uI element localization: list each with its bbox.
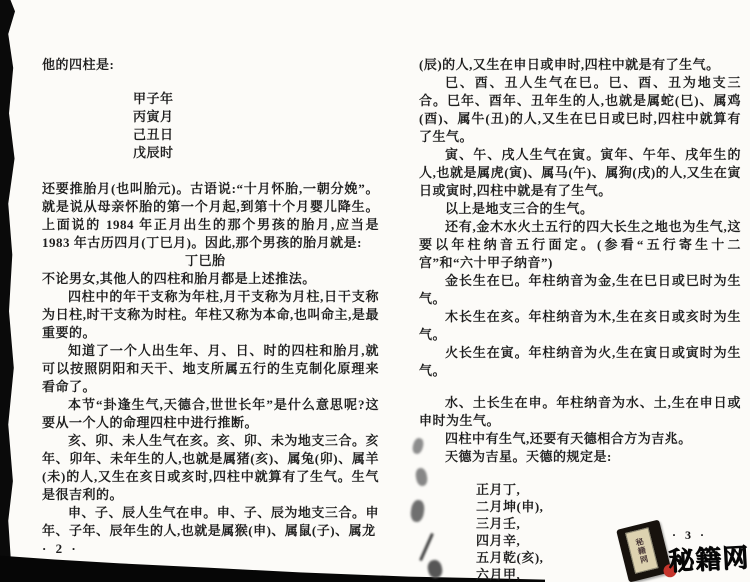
scan-edge-left (0, 0, 15, 566)
line-fire: 火长生在寅。年柱纳音为火,生在寅日或寅时为生气。 (419, 344, 741, 380)
paragraph-section: 本节“卦逢生气,天德合,世世长年”是什么意思呢?这要从一个人的命理四柱中进行推断… (42, 396, 379, 432)
watermark: 秘籍网 · 3 · 秘籍网 (618, 518, 750, 582)
paragraph-pillar-names: 四柱中的年干支称为年柱,月干支称为月柱,日干支称为日柱,时干支称为时柱。年柱又称… (42, 288, 379, 342)
right-page: (辰)的人,又生在申日或申时,四柱中就是有了生气。 巳、酉、丑人生气在巳。巳、酉… (419, 56, 741, 582)
paragraph-chen-continued: (辰)的人,又生在申日或申时,四柱中就是有了生气。 (419, 56, 741, 74)
pillar-line: 甲子年 (133, 90, 379, 108)
watermark-site-name: 秘籍网 (667, 537, 750, 578)
paragraph-taiyue: 还要推胎月(也叫胎元)。古语说:“十月怀胎,一朝分娩”。就是说从母亲怀胎的第一个… (42, 180, 379, 252)
page-number-left: · 2 · (42, 540, 379, 558)
line-metal: 金长生在巳。年柱纳音为金,生在巳日或巳时为生气。 (419, 272, 741, 308)
paragraph-yin-trine: 寅、午、戌人生气在寅。寅年、午年、戌年生的人,也就是属虎(寅)、属马(午)、属狗… (419, 146, 741, 200)
four-pillars-block: 甲子年 丙寅月 己丑日 戊辰时 (133, 90, 379, 162)
month-line: 正月丁, (476, 481, 741, 498)
line-wood: 木长生在亥。年柱纳音为木,生在亥日或亥时为生气。 (419, 308, 741, 344)
book-cover-label: 秘籍网 (625, 527, 658, 574)
pillar-line: 戊辰时 (133, 144, 379, 162)
paragraph-jizhao: 四柱中有生气,还要有天德相合方为吉兆。 (419, 430, 741, 448)
paragraph-water-earth: 水、土长生在申。年柱纳音为水、土,生在申日或申时为生气。 (419, 394, 741, 430)
paragraph-tiande: 天德为吉星。天德的规定是: (419, 448, 741, 466)
pillar-line: 己丑日 (133, 126, 379, 144)
paragraph-above-summary: 以上是地支三合的生气。 (419, 200, 741, 218)
paragraph-si-trine: 巳、酉、丑人生气在巳。巳、酉、丑为地支三合。巳年、酉年、丑年生的人,也就是属蛇(… (419, 74, 741, 146)
opening-line: 他的四柱是: (42, 56, 379, 74)
tai-label: 丁巳胎 (185, 252, 379, 270)
paragraph-shen-trine: 申、子、辰人生气在申。申、子、辰为地支三合。申年、子年、辰年生的人,也就是属猴(… (42, 504, 379, 540)
paragraph-note: 不论男女,其他人的四柱和胎月都是上述推法。 (42, 270, 379, 288)
paragraph-hai-trine: 亥、卯、未人生气在亥。亥、卯、未为地支三合。亥年、卯年、未年生的人,也就是属猪(… (42, 432, 379, 504)
paragraph-nayin: 还有,金木水火土五行的四大长生之地也为生气,这要以年柱纳音五行面定。(参看“五行… (419, 218, 741, 272)
book-icon: 秘籍网 (616, 519, 672, 582)
book-scan: 他的四柱是: 甲子年 丙寅月 己丑日 戊辰时 还要推胎月(也叫胎元)。古语说:“… (0, 0, 750, 582)
paragraph-knowing: 知道了一个人出生年、月、日、时的四柱和胎月,就可以按照阴阳和天干、地支所属五行的… (42, 342, 379, 396)
month-line: 二月坤(申), (476, 498, 741, 515)
left-page: 他的四柱是: 甲子年 丙寅月 己丑日 戊辰时 还要推胎月(也叫胎元)。古语说:“… (42, 56, 379, 558)
pillar-line: 丙寅月 (133, 108, 379, 126)
